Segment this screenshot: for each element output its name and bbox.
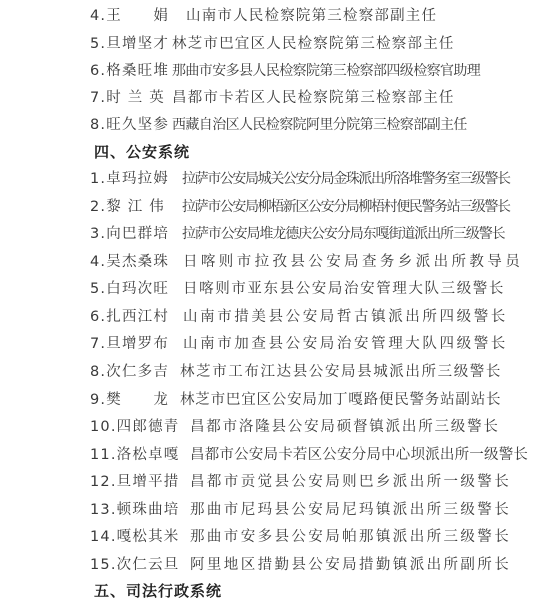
person-name: 王 娟 <box>106 2 169 30</box>
person-position: 日喀则市拉孜县公安局查务乡派出所教导员 <box>183 248 523 276</box>
person-position: 拉萨市公安局柳梧新区公安分局柳梧村便民警务站三级警长 <box>182 193 510 221</box>
person-number: 7. <box>90 84 106 112</box>
list-item: 5.旦增坚才 林芝市巴宜区人民检察院第三检察部主任 <box>90 30 169 58</box>
person-position: 昌都市洛隆县公安局硕督镇派出所三级警长 <box>190 413 500 441</box>
person-number: 8. <box>90 111 106 139</box>
person-position: 那曲市安多县公安局帕那镇派出所三级警长 <box>190 523 511 551</box>
list-item: 8.次仁多吉 林芝市工布江达县公安局县城派出所三级警长 <box>90 358 169 386</box>
document-page: 4.王 娟 山南市人民检察院第三检察部副主任 5.旦增坚才 林芝市巴宜区人民检察… <box>0 0 556 605</box>
person-name: 洛松卓嘎 <box>117 441 180 469</box>
person-number: 1. <box>90 165 106 193</box>
person-position: 山南市人民检察院第三检察部副主任 <box>186 2 437 30</box>
person-name: 次仁云旦 <box>117 551 180 579</box>
list-item: 9.樊 龙 林芝市巴宜区公安局加丁嘎路便民警务站副站长 <box>90 386 169 414</box>
person-number: 5. <box>90 275 106 303</box>
person-name: 黎 江 伟 <box>106 193 165 221</box>
person-number: 9. <box>90 386 106 414</box>
person-number: 11. <box>90 441 117 469</box>
person-position: 昌都市卡若区人民检察院第三检察部主任 <box>172 84 455 112</box>
list-item: 15.次仁云旦 阿里地区措勤县公安局措勤镇派出所副所长 <box>90 551 179 579</box>
person-name: 次仁多吉 <box>106 358 169 386</box>
person-name: 旦增罗布 <box>106 330 169 358</box>
list-item: 4.王 娟 山南市人民检察院第三检察部副主任 <box>90 2 169 30</box>
list-item: 11.洛松卓嘎 昌都市公安局卡若区公安分局中心坝派出所一级警长 <box>90 441 179 469</box>
list-item: 1.卓玛拉姆 拉萨市公安局城关公安分局金珠派出所洛堆警务室三级警长 <box>90 165 169 193</box>
person-number: 7. <box>90 330 106 358</box>
person-name: 四郎德青 <box>117 413 180 441</box>
person-name: 时 兰 英 <box>106 84 165 112</box>
person-position: 昌都市贡觉县公安局则巴乡派出所一级警长 <box>190 468 511 496</box>
person-name: 扎西江村 <box>106 303 169 331</box>
person-number: 8. <box>90 358 106 386</box>
person-position: 阿里地区措勤县公安局措勤镇派出所副所长 <box>190 551 511 579</box>
person-position: 林芝市巴宜区人民检察院第三检察部主任 <box>172 30 455 58</box>
person-position: 山南市加查县公安局治安管理大队四级警长 <box>183 330 508 358</box>
person-number: 6. <box>90 303 106 331</box>
list-item: 14.嘎松其米 那曲市安多县公安局帕那镇派出所三级警长 <box>90 523 179 551</box>
person-name: 旺久坚参 <box>106 111 169 139</box>
list-item: 7.时 兰 英 昌都市卡若区人民检察院第三检察部主任 <box>90 84 165 112</box>
person-name: 卓玛拉姆 <box>106 165 169 193</box>
person-name: 樊 龙 <box>106 386 169 414</box>
list-item: 5.白玛次旺 日喀则市亚东县公安局治安管理大队三级警长 <box>90 275 169 303</box>
person-position: 拉萨市公安局堆龙德庆公安分局东嘎街道派出所三级警长 <box>182 220 505 248</box>
person-name: 顿珠曲培 <box>117 496 180 524</box>
person-position: 林芝市工布江达县公安局县城派出所三级警长 <box>180 358 502 386</box>
person-number: 6. <box>90 57 106 85</box>
person-name: 嘎松其米 <box>117 523 180 551</box>
person-position: 那曲市安多县人民检察院第三检察部四级检察官助理 <box>172 57 480 85</box>
person-position: 昌都市公安局卡若区公安分局中心坝派出所一级警长 <box>190 441 528 469</box>
person-position: 拉萨市公安局城关公安分局金珠派出所洛堆警务室三级警长 <box>182 165 510 193</box>
person-name: 格桑旺堆 <box>106 57 169 85</box>
section-title-judicial-administration: 五、司法行政系统 <box>94 577 222 605</box>
person-name: 白玛次旺 <box>106 275 169 303</box>
person-name: 旦增平措 <box>117 468 180 496</box>
list-item: 2.黎 江 伟 拉萨市公安局柳梧新区公安分局柳梧村便民警务站三级警长 <box>90 193 165 221</box>
list-item: 8.旺久坚参 西藏自治区人民检察院阿里分院第三检察部副主任 <box>90 111 169 139</box>
person-number: 3. <box>90 220 106 248</box>
person-number: 4. <box>90 248 106 276</box>
list-item: 3.向巴群培 拉萨市公安局堆龙德庆公安分局东嘎街道派出所三级警长 <box>90 220 169 248</box>
person-name: 吴杰桑珠 <box>106 248 169 276</box>
list-item: 12.旦增平措 昌都市贡觉县公安局则巴乡派出所一级警长 <box>90 468 179 496</box>
person-position: 林芝市巴宜区公安局加丁嘎路便民警务站副站长 <box>180 386 501 414</box>
person-position: 西藏自治区人民检察院阿里分院第三检察部副主任 <box>172 111 467 139</box>
person-number: 13. <box>90 496 117 524</box>
list-item: 6.扎西江村 山南市措美县公安局哲古镇派出所四级警长 <box>90 303 169 331</box>
person-name: 向巴群培 <box>106 220 169 248</box>
person-name: 旦增坚才 <box>106 30 169 58</box>
person-number: 4. <box>90 2 106 30</box>
section-title-public-security: 四、公安系统 <box>94 138 190 166</box>
list-item: 13.顿珠曲培 那曲市尼玛县公安局尼玛镇派出所三级警长 <box>90 496 179 524</box>
person-number: 12. <box>90 468 117 496</box>
person-number: 2. <box>90 193 106 221</box>
person-position: 那曲市尼玛县公安局尼玛镇派出所三级警长 <box>190 496 511 524</box>
list-item: 6.格桑旺堆 那曲市安多县人民检察院第三检察部四级检察官助理 <box>90 57 169 85</box>
list-item: 7.旦增罗布 山南市加查县公安局治安管理大队四级警长 <box>90 330 169 358</box>
person-number: 15. <box>90 551 117 579</box>
person-number: 5. <box>90 30 106 58</box>
person-number: 10. <box>90 413 117 441</box>
list-item: 4.吴杰桑珠 日喀则市拉孜县公安局查务乡派出所教导员 <box>90 248 169 276</box>
person-position: 日喀则市亚东县公安局治安管理大队三级警长 <box>183 275 505 303</box>
list-item: 10.四郎德青 昌都市洛隆县公安局硕督镇派出所三级警长 <box>90 413 179 441</box>
person-position: 山南市措美县公安局哲古镇派出所四级警长 <box>183 303 508 331</box>
person-number: 14. <box>90 523 117 551</box>
